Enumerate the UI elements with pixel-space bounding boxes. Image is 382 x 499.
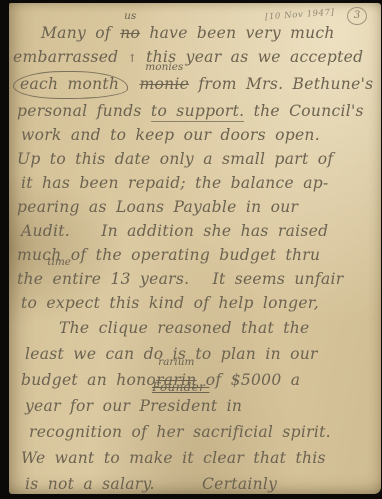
- handwritten-line-5: work and to keep our doors open.: [21, 123, 381, 147]
- inserted-word-rarium: rarium: [158, 357, 194, 367]
- handwritten-line-18: We want to make it clear that this: [21, 445, 381, 471]
- handwritten-line-13: The clique reasoned that the: [59, 315, 381, 341]
- handwritten-line-1: Many of usno have been very much: [41, 21, 381, 45]
- line9-pre: Audit.: [21, 222, 70, 240]
- handwritten-line-2: embarrassed ↑ this year as we accepted: [13, 45, 381, 71]
- line15-pre: budget an hono: [21, 371, 156, 389]
- handwritten-line-8: pearing as Loans Payable in our: [17, 195, 381, 219]
- line4-pre: personal funds: [17, 102, 142, 120]
- handwritten-line-10: much of the operating budget thru: [17, 243, 381, 267]
- struck-word: no: [120, 24, 140, 42]
- handwritten-line-6: Up to this date only a small part of: [17, 147, 381, 171]
- handwritten-line-11: timethe entire 13 years. It seems unfair: [17, 267, 381, 291]
- handwritten-line-14: least we can do is to plan in our: [25, 341, 381, 367]
- paper-sheet: [10 Nov 1947] 3 Many of usno have been v…: [9, 3, 381, 494]
- line4-post: the Council's: [254, 102, 364, 120]
- line11-insertion: timethe entire: [17, 267, 101, 291]
- circled-phrase-each-month: each month: [13, 71, 128, 99]
- underlined-phrase-to-support: to support.: [151, 102, 244, 122]
- handwritten-line-19: is not a salary. Certainly: [25, 471, 381, 497]
- handwritten-line-12: to expect this kind of help longer,: [21, 291, 381, 315]
- handwritten-line-9: Audit. In addition she has raised: [21, 219, 381, 243]
- inserted-word-time: time: [47, 257, 71, 267]
- line11-pre: the entire: [17, 270, 101, 288]
- handwritten-line-7: it has been repaid; the balance ap-: [21, 171, 381, 195]
- line19-pre: is not a salary.: [25, 475, 155, 493]
- line3-post: from Mrs. Bethune's: [198, 75, 373, 93]
- line11-tail: It seems unfair: [213, 270, 344, 288]
- struck-word-monie: monie: [139, 75, 189, 93]
- handwritten-line-15: budget an honorariumrarinFounder- of $50…: [21, 367, 381, 393]
- line1-pre: Many of: [41, 24, 111, 42]
- line15-post: of $5000 a: [206, 371, 300, 389]
- handwritten-body: Many of usno have been very much embarra…: [13, 21, 381, 497]
- handwritten-line-4: personal funds to support. the Council's: [17, 99, 381, 123]
- line1-insertion: usno: [120, 21, 140, 45]
- line15-insertion: rariumrarinFounder-: [156, 367, 197, 393]
- inserted-word-monies: monies: [145, 62, 183, 72]
- line9-post: In addition she has raised: [101, 222, 328, 240]
- handwritten-line-17: recognition of her sacrificial spirit.: [29, 419, 381, 445]
- caret-mark: ↑: [128, 52, 137, 65]
- second-paragraph: The clique reasoned that the least we ca…: [13, 315, 381, 497]
- line11-post: 13 years.: [110, 270, 189, 288]
- inserted-word-us: us: [124, 11, 136, 21]
- line3-insertion: moniesmonie: [139, 72, 189, 96]
- line1-post: have been very much: [149, 24, 334, 42]
- struck-word-founder: Founder-: [152, 381, 209, 393]
- handwritten-line-16: year for our President in: [25, 393, 381, 419]
- line19-tail: Certainly: [202, 475, 277, 493]
- line2-word: embarrassed: [13, 48, 118, 66]
- handwritten-line-3: each month moniesmonie from Mrs. Bethune…: [13, 71, 381, 99]
